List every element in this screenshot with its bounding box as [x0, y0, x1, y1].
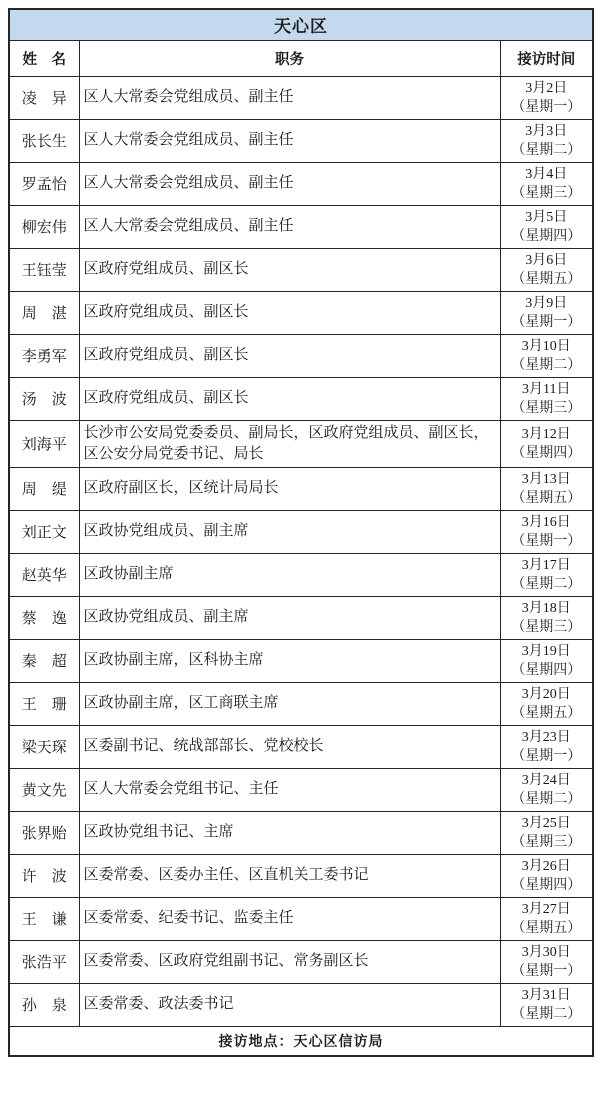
person-position: 区人大常委会党组成员、副主任: [79, 119, 500, 162]
visit-date-cell: 3月11日（星期三）: [500, 377, 593, 420]
person-name: 柳宏伟: [9, 205, 79, 248]
table-row: 王 谦区委常委、纪委书记、监委主任3月27日（星期五）: [9, 897, 593, 940]
visit-date: 3月25日: [505, 814, 589, 833]
visit-weekday: （星期三）: [505, 184, 589, 203]
table-row: 王钰莹区政府党组成员、副区长3月6日（星期五）: [9, 248, 593, 291]
visit-weekday: （星期一）: [505, 532, 589, 551]
person-name: 张长生: [9, 119, 79, 162]
person-name: 王 谦: [9, 897, 79, 940]
table-row: 蔡 逸区政协党组成员、副主席3月18日（星期三）: [9, 596, 593, 639]
visit-date-cell: 3月26日（星期四）: [500, 854, 593, 897]
person-position: 区政协副主席，区科协主席: [79, 639, 500, 682]
visit-date-cell: 3月10日（星期二）: [500, 334, 593, 377]
visit-weekday: （星期四）: [505, 444, 589, 463]
visit-date-cell: 3月31日（星期二）: [500, 983, 593, 1026]
visit-date: 3月20日: [505, 685, 589, 704]
visit-date: 3月13日: [505, 470, 589, 489]
visit-date: 3月2日: [505, 79, 589, 98]
visit-weekday: （星期五）: [505, 704, 589, 723]
person-name: 梁天琛: [9, 725, 79, 768]
visit-weekday: （星期五）: [505, 919, 589, 938]
visit-weekday: （星期三）: [505, 833, 589, 852]
visit-date: 3月24日: [505, 771, 589, 790]
person-name: 蔡 逸: [9, 596, 79, 639]
visit-date: 3月18日: [505, 599, 589, 618]
column-header-time: 接访时间: [500, 40, 593, 76]
person-position: 区政协党组成员、副主席: [79, 596, 500, 639]
person-position: 区委常委、区委办主任、区直机关工委书记: [79, 854, 500, 897]
visit-date-cell: 3月5日（星期四）: [500, 205, 593, 248]
visit-date-cell: 3月2日（星期一）: [500, 76, 593, 119]
column-header-name: 姓 名: [9, 40, 79, 76]
visit-date-cell: 3月23日（星期一）: [500, 725, 593, 768]
visit-weekday: （星期二）: [505, 790, 589, 809]
visit-date: 3月6日: [505, 251, 589, 270]
table-row: 许 波区委常委、区委办主任、区直机关工委书记3月26日（星期四）: [9, 854, 593, 897]
visit-date-cell: 3月3日（星期二）: [500, 119, 593, 162]
table-row: 刘正文区政协党组成员、副主席3月16日（星期一）: [9, 510, 593, 553]
person-position: 区政府党组成员、副区长: [79, 334, 500, 377]
visit-date-cell: 3月17日（星期二）: [500, 553, 593, 596]
person-position: 区政协副主席: [79, 553, 500, 596]
visit-date-cell: 3月9日（星期一）: [500, 291, 593, 334]
visit-weekday: （星期一）: [505, 98, 589, 117]
table-row: 张界贻区政协党组书记、主席3月25日（星期三）: [9, 811, 593, 854]
visit-date: 3月30日: [505, 943, 589, 962]
visit-date-cell: 3月6日（星期五）: [500, 248, 593, 291]
person-position: 区政府党组成员、副区长: [79, 248, 500, 291]
table-row: 周 缇区政府副区长，区统计局局长3月13日（星期五）: [9, 467, 593, 510]
visit-date-cell: 3月13日（星期五）: [500, 467, 593, 510]
person-position: 区人大常委会党组成员、副主任: [79, 76, 500, 119]
visit-date-cell: 3月25日（星期三）: [500, 811, 593, 854]
visit-date-cell: 3月19日（星期四）: [500, 639, 593, 682]
visit-weekday: （星期一）: [505, 313, 589, 332]
table-footer-row: 接访地点：天心区信访局: [9, 1026, 593, 1056]
table-row: 王 珊区政协副主席，区工商联主席3月20日（星期五）: [9, 682, 593, 725]
person-position: 区政府党组成员、副区长: [79, 377, 500, 420]
visit-date: 3月27日: [505, 900, 589, 919]
table-row: 汤 波区政府党组成员、副区长3月11日（星期三）: [9, 377, 593, 420]
visit-weekday: （星期三）: [505, 399, 589, 418]
person-name: 汤 波: [9, 377, 79, 420]
visit-date: 3月17日: [505, 556, 589, 575]
person-position: 区政府党组成员、副区长: [79, 291, 500, 334]
table-row: 周 湛区政府党组成员、副区长3月9日（星期一）: [9, 291, 593, 334]
visit-date: 3月11日: [505, 380, 589, 399]
person-name: 赵英华: [9, 553, 79, 596]
person-name: 张界贻: [9, 811, 79, 854]
visit-date: 3月9日: [505, 294, 589, 313]
table-row: 张长生区人大常委会党组成员、副主任3月3日（星期二）: [9, 119, 593, 162]
column-header-position: 职务: [79, 40, 500, 76]
visit-date: 3月26日: [505, 857, 589, 876]
person-position: 区人大常委会党组成员、副主任: [79, 162, 500, 205]
table-row: 柳宏伟区人大常委会党组成员、副主任3月5日（星期四）: [9, 205, 593, 248]
visit-date: 3月16日: [505, 513, 589, 532]
person-name: 王 珊: [9, 682, 79, 725]
visit-date-cell: 3月12日（星期四）: [500, 420, 593, 467]
table-row: 李勇军区政府党组成员、副区长3月10日（星期二）: [9, 334, 593, 377]
reception-location: 接访地点：天心区信访局: [9, 1026, 593, 1056]
person-position: 区委副书记、统战部部长、党校校长: [79, 725, 500, 768]
visit-weekday: （星期二）: [505, 1005, 589, 1024]
roster-body: 凌 异区人大常委会党组成员、副主任3月2日（星期一）张长生区人大常委会党组成员、…: [9, 76, 593, 1026]
visit-date-cell: 3月4日（星期三）: [500, 162, 593, 205]
visit-date: 3月3日: [505, 122, 589, 141]
visit-weekday: （星期四）: [505, 661, 589, 680]
visit-date: 3月19日: [505, 642, 589, 661]
table-row: 赵英华区政协副主席3月17日（星期二）: [9, 553, 593, 596]
person-name: 李勇军: [9, 334, 79, 377]
person-name: 周 缇: [9, 467, 79, 510]
visit-weekday: （星期四）: [505, 227, 589, 246]
visit-weekday: （星期五）: [505, 489, 589, 508]
table-title-row: 天心区: [9, 9, 593, 40]
table-row: 罗孟怡区人大常委会党组成员、副主任3月4日（星期三）: [9, 162, 593, 205]
visit-date-cell: 3月18日（星期三）: [500, 596, 593, 639]
person-position: 区政协党组成员、副主席: [79, 510, 500, 553]
visit-weekday: （星期二）: [505, 356, 589, 375]
person-position: 区政府副区长，区统计局局长: [79, 467, 500, 510]
table-row: 张浩平区委常委、区政府党组副书记、常务副区长3月30日（星期一）: [9, 940, 593, 983]
reception-schedule-table: 天心区 姓 名 职务 接访时间 凌 异区人大常委会党组成员、副主任3月2日（星期…: [8, 8, 594, 1057]
person-name: 孙 泉: [9, 983, 79, 1026]
visit-weekday: （星期三）: [505, 618, 589, 637]
person-name: 周 湛: [9, 291, 79, 334]
table-row: 孙 泉区委常委、政法委书记3月31日（星期二）: [9, 983, 593, 1026]
table-row: 凌 异区人大常委会党组成员、副主任3月2日（星期一）: [9, 76, 593, 119]
visit-date-cell: 3月20日（星期五）: [500, 682, 593, 725]
document-sheet: 天心区 姓 名 职务 接访时间 凌 异区人大常委会党组成员、副主任3月2日（星期…: [0, 0, 600, 1110]
person-position: 区政协党组书记、主席: [79, 811, 500, 854]
table-row: 黄文先区人大常委会党组书记、主任3月24日（星期二）: [9, 768, 593, 811]
person-position: 区人大常委会党组书记、主任: [79, 768, 500, 811]
visit-weekday: （星期五）: [505, 270, 589, 289]
person-name: 许 波: [9, 854, 79, 897]
table-row: 刘海平长沙市公安局党委委员、副局长，区政府党组成员、副区长，区公安分局党委书记、…: [9, 420, 593, 467]
person-position: 区委常委、纪委书记、监委主任: [79, 897, 500, 940]
visit-weekday: （星期一）: [505, 747, 589, 766]
person-position: 区政协副主席，区工商联主席: [79, 682, 500, 725]
person-position: 区人大常委会党组成员、副主任: [79, 205, 500, 248]
visit-date: 3月31日: [505, 986, 589, 1005]
visit-weekday: （星期一）: [505, 962, 589, 981]
visit-date: 3月10日: [505, 337, 589, 356]
table-row: 梁天琛区委副书记、统战部部长、党校校长3月23日（星期一）: [9, 725, 593, 768]
visit-weekday: （星期四）: [505, 876, 589, 895]
person-name: 黄文先: [9, 768, 79, 811]
visit-date: 3月23日: [505, 728, 589, 747]
column-header-row: 姓 名 职务 接访时间: [9, 40, 593, 76]
district-title: 天心区: [9, 9, 593, 40]
visit-date-cell: 3月27日（星期五）: [500, 897, 593, 940]
person-name: 刘正文: [9, 510, 79, 553]
visit-date: 3月5日: [505, 208, 589, 227]
person-position: 区委常委、政法委书记: [79, 983, 500, 1026]
visit-weekday: （星期二）: [505, 141, 589, 160]
person-name: 刘海平: [9, 420, 79, 467]
person-name: 罗孟怡: [9, 162, 79, 205]
visit-weekday: （星期二）: [505, 575, 589, 594]
person-name: 张浩平: [9, 940, 79, 983]
visit-date-cell: 3月16日（星期一）: [500, 510, 593, 553]
table-row: 秦 超区政协副主席，区科协主席3月19日（星期四）: [9, 639, 593, 682]
person-position: 长沙市公安局党委委员、副局长，区政府党组成员、副区长，区公安分局党委书记、局长: [79, 420, 500, 467]
person-name: 秦 超: [9, 639, 79, 682]
person-position: 区委常委、区政府党组副书记、常务副区长: [79, 940, 500, 983]
visit-date: 3月4日: [505, 165, 589, 184]
visit-date-cell: 3月24日（星期二）: [500, 768, 593, 811]
person-name: 王钰莹: [9, 248, 79, 291]
person-name: 凌 异: [9, 76, 79, 119]
visit-date-cell: 3月30日（星期一）: [500, 940, 593, 983]
visit-date: 3月12日: [505, 425, 589, 444]
